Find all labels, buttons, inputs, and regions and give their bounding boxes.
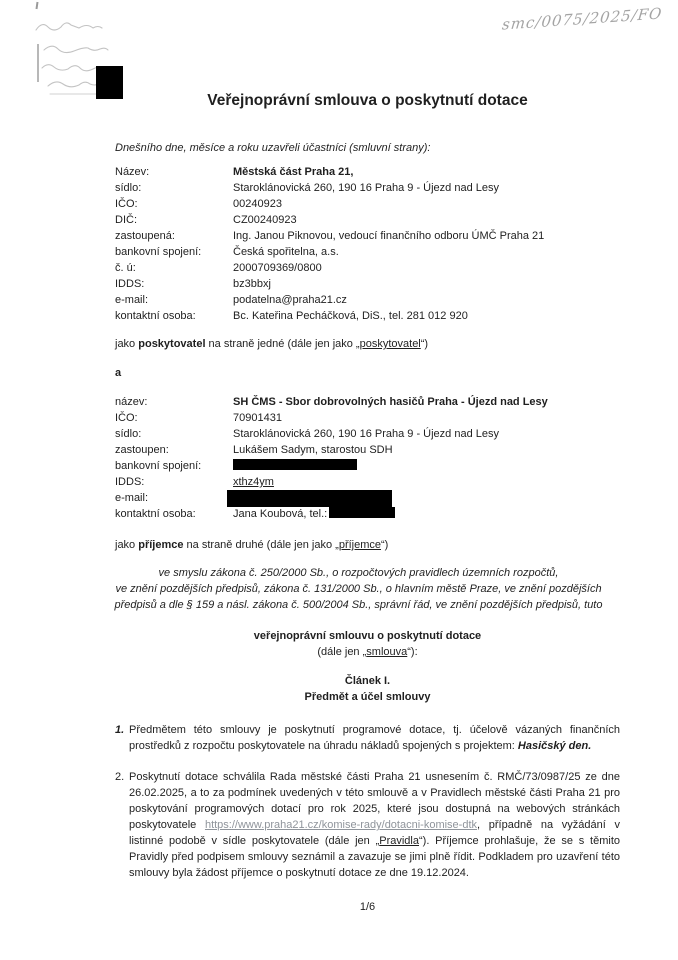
contract-declaration: veřejnoprávní smlouvu o poskytnutí dotac… bbox=[115, 628, 620, 660]
info-row: sídlo: Staroklánovická 260, 190 16 Praha… bbox=[115, 426, 620, 442]
info-row: bankovní spojení: bbox=[115, 458, 620, 474]
illegible-stamp bbox=[28, 14, 146, 100]
info-row: sídlo: Staroklánovická 260, 190 16 Praha… bbox=[115, 180, 620, 196]
field-label: IDDS: bbox=[115, 276, 233, 292]
field-value: 2000709369/0800 bbox=[233, 260, 620, 276]
field-value: Bc. Kateřina Pecháčková, DiS., tel. 281 … bbox=[233, 308, 620, 324]
field-value: CZ00240923 bbox=[233, 212, 620, 228]
scan-mark bbox=[36, 2, 39, 9]
preamble-line: ve smyslu zákona č. 250/2000 Sb., o rozp… bbox=[85, 565, 632, 581]
clause-text: Poskytnutí dotace schválila Rada městské… bbox=[129, 769, 620, 881]
field-value: Jana Koubová, tel.: bbox=[233, 506, 620, 522]
rules-url-link[interactable]: https://www.praha21.cz/komise-rady/dotac… bbox=[205, 819, 477, 831]
info-row: kontaktní osoba: Bc. Kateřina Pecháčková… bbox=[115, 308, 620, 324]
scanned-contract-page: smc/0075/2025/FO Veřejnoprávní smlouva o… bbox=[0, 0, 678, 960]
clause-text: Předmětem této smlouvy je poskytnutí pro… bbox=[129, 722, 620, 754]
declaration-sub: (dále jen „smlouva“): bbox=[115, 644, 620, 660]
field-label: e-mail: bbox=[115, 292, 233, 308]
field-value: 00240923 bbox=[233, 196, 620, 212]
info-row: IČO: 00240923 bbox=[115, 196, 620, 212]
clause-number: 2. bbox=[115, 769, 129, 881]
field-value: 70901431 bbox=[233, 410, 620, 426]
field-label: IDDS: bbox=[115, 474, 233, 490]
info-row: IDDS: bz3bbxj bbox=[115, 276, 620, 292]
field-label: kontaktní osoba: bbox=[115, 506, 233, 522]
info-row: název: SH ČMS - Sbor dobrovolných hasičů… bbox=[115, 394, 620, 410]
recipient-block: název: SH ČMS - Sbor dobrovolných hasičů… bbox=[115, 394, 620, 522]
article-title: Předmět a účel smlouvy bbox=[115, 689, 620, 705]
field-label: Název: bbox=[115, 164, 233, 180]
redaction-box bbox=[227, 490, 392, 507]
info-row: e-mail: podatelna@praha21.cz bbox=[115, 292, 620, 308]
field-label: název: bbox=[115, 394, 233, 410]
recipient-role-line: jako příjemce na straně druhé (dále jen … bbox=[115, 537, 620, 553]
preamble-line: předpisů a dle § 159 a násl. zákona č. 5… bbox=[85, 597, 632, 613]
article-number: Článek I. bbox=[115, 673, 620, 689]
field-label: bankovní spojení: bbox=[115, 458, 233, 474]
field-label: č. ú: bbox=[115, 260, 233, 276]
field-value: Staroklánovická 260, 190 16 Praha 9 - Új… bbox=[233, 426, 620, 442]
field-label: kontaktní osoba: bbox=[115, 308, 233, 324]
handwritten-reference: smc/0075/2025/FO bbox=[501, 4, 663, 33]
declaration-title: veřejnoprávní smlouvu o poskytnutí dotac… bbox=[115, 628, 620, 644]
info-row: zastoupená: Ing. Janou Piknovou, vedoucí… bbox=[115, 228, 620, 244]
redaction-box bbox=[96, 66, 123, 99]
info-row: Název: Městská část Praha 21, bbox=[115, 164, 620, 180]
project-name: Hasičský den. bbox=[518, 740, 591, 752]
parties-connector: a bbox=[115, 365, 620, 381]
field-value: Staroklánovická 260, 190 16 Praha 9 - Új… bbox=[233, 180, 620, 196]
field-value: Ing. Janou Piknovou, vedoucí finančního … bbox=[233, 228, 620, 244]
field-label: e-mail: bbox=[115, 490, 233, 506]
field-label: DIČ: bbox=[115, 212, 233, 228]
info-row: DIČ: CZ00240923 bbox=[115, 212, 620, 228]
field-value: podatelna@praha21.cz bbox=[233, 292, 620, 308]
field-label: bankovní spojení: bbox=[115, 244, 233, 260]
intro-line: Dnešního dne, měsíce a roku uzavřeli úča… bbox=[115, 140, 620, 156]
legal-preamble: ve smyslu zákona č. 250/2000 Sb., o rozp… bbox=[85, 565, 632, 613]
field-value bbox=[233, 490, 620, 506]
page-number: 1/6 bbox=[115, 899, 620, 915]
info-row: bankovní spojení: Česká spořitelna, a.s. bbox=[115, 244, 620, 260]
provider-block: Název: Městská část Praha 21, sídlo: Sta… bbox=[115, 164, 620, 324]
field-label: zastoupen: bbox=[115, 442, 233, 458]
clause-1: 1. Předmětem této smlouvy je poskytnutí … bbox=[115, 722, 620, 754]
field-label: sídlo: bbox=[115, 180, 233, 196]
field-value: Lukášem Sadym, starostou SDH bbox=[233, 442, 620, 458]
field-label: IČO: bbox=[115, 410, 233, 426]
info-row: zastoupen: Lukášem Sadym, starostou SDH bbox=[115, 442, 620, 458]
document-title: Veřejnoprávní smlouva o poskytnutí dotac… bbox=[115, 91, 620, 111]
preamble-line: ve znění pozdějších předpisů, zákona č. … bbox=[85, 581, 632, 597]
clause-2: 2. Poskytnutí dotace schválila Rada měst… bbox=[115, 769, 620, 881]
field-label: IČO: bbox=[115, 196, 233, 212]
field-value: Česká spořitelna, a.s. bbox=[233, 244, 620, 260]
redaction-box bbox=[329, 507, 395, 518]
field-value: SH ČMS - Sbor dobrovolných hasičů Praha … bbox=[233, 394, 620, 410]
info-row: IDDS: xthz4ym bbox=[115, 474, 620, 490]
field-label: sídlo: bbox=[115, 426, 233, 442]
redaction-box bbox=[233, 459, 357, 470]
info-row: č. ú: 2000709369/0800 bbox=[115, 260, 620, 276]
field-value bbox=[233, 458, 620, 474]
field-value: Městská část Praha 21, bbox=[233, 164, 620, 180]
info-row: IČO: 70901431 bbox=[115, 410, 620, 426]
clause-number: 1. bbox=[115, 722, 129, 754]
info-row: kontaktní osoba: Jana Koubová, tel.: bbox=[115, 506, 620, 522]
field-label: zastoupená: bbox=[115, 228, 233, 244]
provider-role-line: jako poskytovatel na straně jedné (dále … bbox=[115, 336, 620, 352]
article-heading: Článek I. Předmět a účel smlouvy bbox=[115, 673, 620, 705]
info-row: e-mail: bbox=[115, 490, 620, 506]
field-value: xthz4ym bbox=[233, 474, 620, 490]
field-value: bz3bbxj bbox=[233, 276, 620, 292]
